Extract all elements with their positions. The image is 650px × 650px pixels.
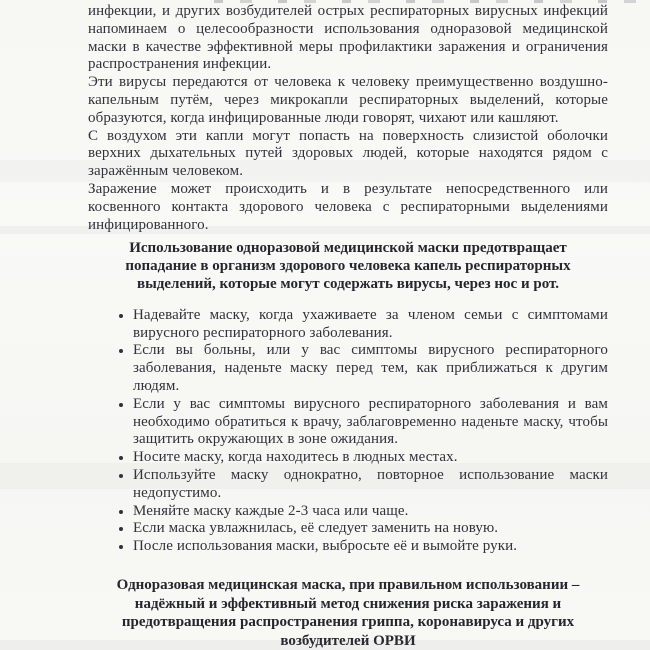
highlight-heading: Использование одноразовой медицинской ма…	[98, 240, 598, 293]
document-page: инфекции, и других возбудителей острых р…	[0, 0, 650, 650]
mask-rule-item: Надевайте маску, когда ухаживаете за чле…	[133, 307, 608, 343]
mask-rules-list: Надевайте маску, когда ухаживаете за чле…	[88, 307, 608, 556]
closing-heading: Одноразовая медицинская маска, при прави…	[92, 576, 604, 650]
intro-paragraph-4: Заражение может происходить и в результа…	[88, 181, 608, 234]
intro-paragraph-2: Эти вирусы передаются от человека к чело…	[88, 74, 608, 127]
intro-paragraph-3: С воздухом эти капли могут попасть на по…	[88, 128, 608, 181]
mask-rule-item: Если маска увлажнилась, её следует замен…	[133, 520, 608, 538]
mask-rule-item: Носите маску, когда находитесь в людных …	[133, 449, 608, 467]
mask-rule-item: Меняйте маску каждые 2-3 часа или чаще.	[133, 503, 608, 521]
mask-rule-item: Если у вас симптомы вирусного респиратор…	[133, 396, 608, 449]
mask-rule-item: После использования маски, выбросьте её …	[133, 538, 608, 556]
intro-paragraph-1: инфекции, и других возбудителей острых р…	[88, 3, 608, 74]
mask-rule-item: Используйте маску однократно, повторное …	[133, 467, 608, 503]
mask-rule-item: Если вы больны, или у вас симптомы вирус…	[133, 342, 608, 395]
